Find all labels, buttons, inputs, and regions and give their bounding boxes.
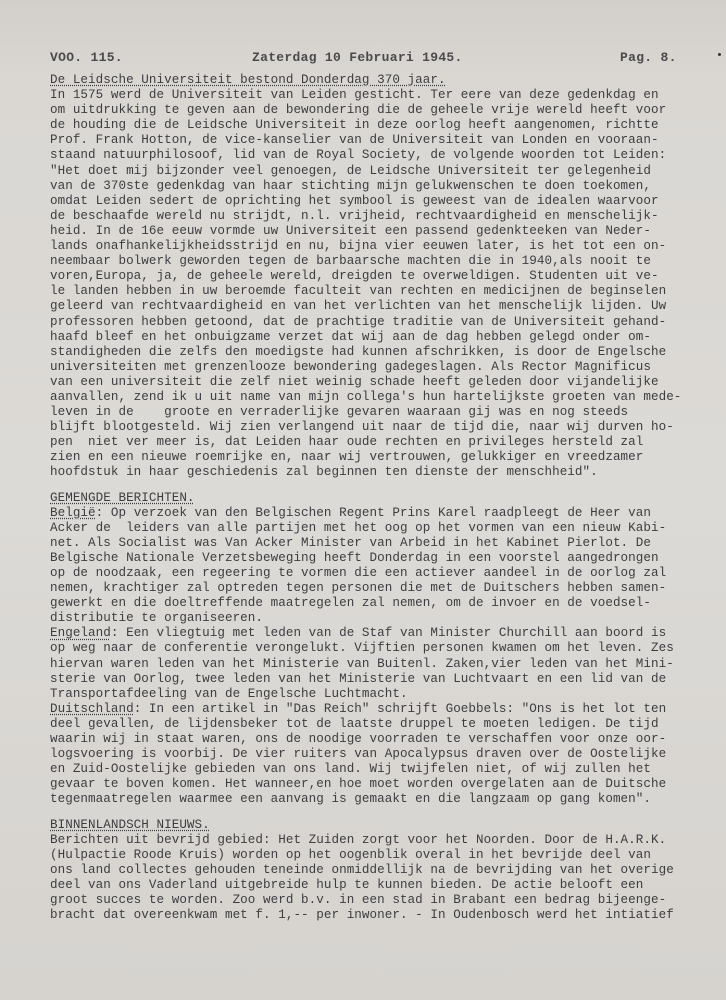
text-line: deel gevallen, de lijdensbeker tot de la… bbox=[50, 717, 714, 732]
text-line: (Hulpactie Roode Kruis) worden op het oo… bbox=[50, 848, 714, 863]
text-line: le landen hebben in uw beroemde facultei… bbox=[50, 284, 714, 299]
text-line: nemen, krachtiger zal optreden tegen per… bbox=[50, 581, 714, 596]
text-line: deel van ons Vaderland uitgebreide hulp … bbox=[50, 878, 714, 893]
text-line: van de 370ste gedenkdag van haar stichti… bbox=[50, 179, 714, 194]
text-line: standigheden die zelfs den moedigste had… bbox=[50, 345, 714, 360]
text-line: net. Als Socialist was Van Acker Ministe… bbox=[50, 536, 714, 551]
article-title: GEMENGDE BERICHTEN. bbox=[50, 491, 714, 506]
text-line: Prof. Frank Hotton, de vice-kanselier va… bbox=[50, 133, 714, 148]
text-line: om uitdrukking te geven aan de bewonderi… bbox=[50, 103, 714, 118]
section-gap bbox=[50, 808, 714, 818]
text-line: professoren hebben getoond, dat de prach… bbox=[50, 315, 714, 330]
text-line: de houding die de Leidsche Universiteit … bbox=[50, 118, 714, 133]
text-line: heid. In de 16e eeuw vormde uw Universit… bbox=[50, 224, 714, 239]
text-line: op weg naar de conferentie verongelukt. … bbox=[50, 641, 714, 656]
text-line: geleerd van rechtvaardigheid en van het … bbox=[50, 299, 714, 314]
text-line: en Zuid-Oostelijke gebieden van ons land… bbox=[50, 762, 714, 777]
text-line: waarin wij in staat waren, ons de noodig… bbox=[50, 732, 714, 747]
text-line: Transportafdeeling van de Engelsche Luch… bbox=[50, 687, 714, 702]
text-line: Belgische Nationale Verzetsbeweging heef… bbox=[50, 551, 714, 566]
text-line: haafd bleef en het onbuigzame verzet dat… bbox=[50, 330, 714, 345]
document-body: De Leidsche Universiteit bestond Donderd… bbox=[50, 73, 714, 923]
text-line: In 1575 werd de Universiteit van Leiden … bbox=[50, 88, 714, 103]
text-line: "Het doet mij bijzonder veel genoegen, d… bbox=[50, 164, 714, 179]
text-line: leven in de groote en verraderlijke geva… bbox=[50, 405, 714, 420]
text-line: sterie van Oorlog, twee leden van het Mi… bbox=[50, 672, 714, 687]
text-line: zien en een nieuwe roemrijke en, naar wi… bbox=[50, 450, 714, 465]
text-line: van een universiteit die zelf niet weini… bbox=[50, 375, 714, 390]
text-line: Berichten uit bevrijd gebied: Het Zuiden… bbox=[50, 833, 714, 848]
text-line: omdat Leiden sedert de oprichting het sy… bbox=[50, 194, 714, 209]
text-line: voren,Europa, ja, de geheele wereld, dre… bbox=[50, 269, 714, 284]
text-line: neembaar bolwerk geworden tegen de barba… bbox=[50, 254, 714, 269]
text-line: Duitschland: In een artikel in "Das Reic… bbox=[50, 702, 714, 717]
text-line: lands onafhankelijkheidsstrijd en nu, bi… bbox=[50, 239, 714, 254]
text-line: België: Op verzoek van den Belgischen Re… bbox=[50, 506, 714, 521]
text-line: tegenmaatregelen waarmee een aanvang is … bbox=[50, 792, 714, 807]
text-line: staand natuurphilosoof, lid van de Royal… bbox=[50, 148, 714, 163]
text-line: pen niet ver meer is, dat Leiden haar ou… bbox=[50, 435, 714, 450]
text-line: de beschaafde wereld nu strijdt, n.l. vr… bbox=[50, 209, 714, 224]
text-line: logsvoering is voorbij. De vier ruiters … bbox=[50, 747, 714, 762]
text-line: distributie te organiseeren. bbox=[50, 611, 714, 626]
article-title: BINNENLANDSCH NIEUWS. bbox=[50, 818, 714, 833]
issue-date: Zaterdag 10 Februari 1945. bbox=[252, 50, 463, 65]
punch-mark bbox=[718, 53, 721, 56]
text-line: gewerkt en die doeltreffende maatregelen… bbox=[50, 596, 714, 611]
text-line: hiervan waren leden van het Ministerie v… bbox=[50, 657, 714, 672]
text-line: blijft blootgesteld. Wij zien verlangend… bbox=[50, 420, 714, 435]
text-line: ons land collectes gehouden teneinde onm… bbox=[50, 863, 714, 878]
text-line: aanvallen, zend ik u uit name van mijn c… bbox=[50, 390, 714, 405]
page-number: Pag. 8. bbox=[620, 50, 677, 65]
issue-number: VOO. 115. bbox=[50, 50, 123, 65]
section-gap bbox=[50, 481, 714, 491]
text-line: op de noodzaak, een regeering te vormen … bbox=[50, 566, 714, 581]
page-header: VOO. 115. Zaterdag 10 Februari 1945. Pag… bbox=[0, 50, 726, 70]
text-line: Acker de leiders van alle partijen met h… bbox=[50, 521, 714, 536]
text-line: universiteiten met grenzenlooze bewonder… bbox=[50, 360, 714, 375]
text-line: Engeland: Een vliegtuig met leden van de… bbox=[50, 626, 714, 641]
text-line: hoofdstuk in haar geschiedenis zal begin… bbox=[50, 465, 714, 480]
article-title: De Leidsche Universiteit bestond Donderd… bbox=[50, 73, 714, 88]
text-line: gevaar te boven komen. Het wanneer,en ho… bbox=[50, 777, 714, 792]
text-line: bracht dat overeenkwam met f. 1,-- per i… bbox=[50, 908, 714, 923]
document-page: VOO. 115. Zaterdag 10 Februari 1945. Pag… bbox=[0, 0, 726, 1000]
text-line: groot succes te worden. Zoo werd b.v. in… bbox=[50, 893, 714, 908]
